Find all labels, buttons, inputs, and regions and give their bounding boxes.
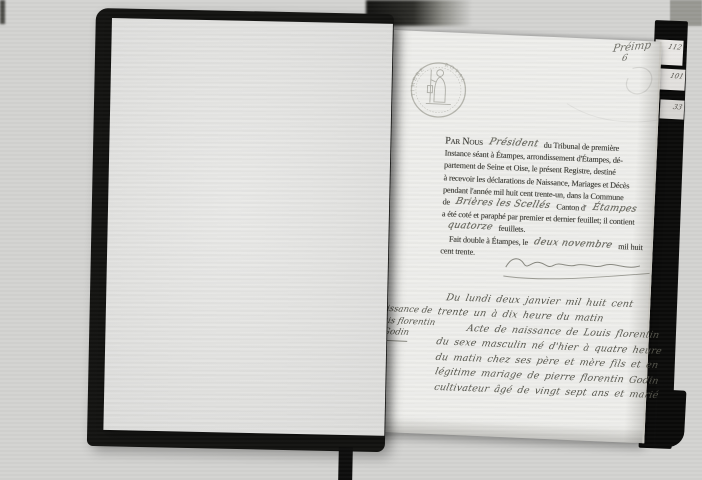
cover-corner-bottom-right xyxy=(656,389,687,447)
svg-text:TIMBRE: TIMBRE xyxy=(410,66,427,98)
tab-number: 112 xyxy=(667,43,683,52)
scan-edge-smudge xyxy=(0,0,5,24)
signature-flourish-icon xyxy=(501,249,654,288)
birth-act-body: Du lundi deux janvier mil huit cent tren… xyxy=(434,289,650,403)
register-scan: 112 101 33 TIMBRE xyxy=(0,0,702,480)
printed-text: mil huit xyxy=(618,242,643,252)
printed-text: cent trente. xyxy=(440,246,475,256)
timbre-royal-stamp-icon: TIMBRE ROYAL xyxy=(403,55,472,124)
printed-text: feuillets. xyxy=(498,224,525,234)
cover-spine-corner xyxy=(338,447,353,480)
stamp-arc-text: ROYAL xyxy=(443,62,467,85)
printed-text: Canton d' xyxy=(556,202,586,212)
printed-opening-act: Par NousPrésidentdu Tribunal de première… xyxy=(440,135,655,266)
printed-text: du Tribunal de première xyxy=(544,141,620,153)
printed-text: Fait double à Étampes, le xyxy=(449,234,529,246)
handwritten-fill: Étampes xyxy=(585,202,644,217)
register-page: TIMBRE ROYAL Préimp 6 Par NousPrésidentd… xyxy=(376,30,661,443)
handwritten-fill: Président xyxy=(482,136,546,151)
handwritten-fill: quatorze xyxy=(440,220,500,235)
blank-flyleaf-page xyxy=(103,18,393,436)
svg-text:ROYAL: ROYAL xyxy=(443,62,467,85)
printed-text: Par Nous xyxy=(445,135,483,148)
stamp-arc-text: TIMBRE xyxy=(410,66,427,98)
tab-number: 33 xyxy=(672,103,683,111)
